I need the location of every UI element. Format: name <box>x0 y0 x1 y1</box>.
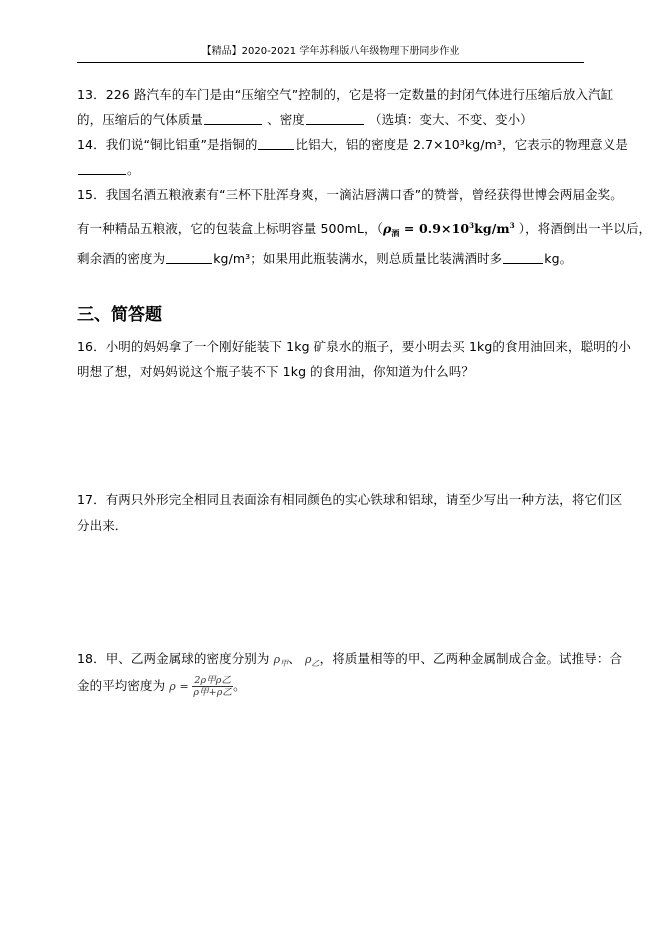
q14-line-2: 。 <box>77 160 140 178</box>
q13-blank-density[interactable] <box>306 112 364 125</box>
header-title: 【精品】2020-2021 学年苏科版八年级物理下册同步作业 <box>202 46 460 57</box>
fraction-numerator: 2ρ甲ρ乙 <box>192 675 233 687</box>
q17-line-2: 分出来． <box>77 516 127 534</box>
q14-line-1: 14．我们说“铜比铝重”是指铜的比铝大，铝的密度是 2.7×10³kg/m³，它… <box>77 135 628 153</box>
rho-alloy: ρ = <box>169 680 192 693</box>
q18-text-b: ，将质量相等的甲、乙两种金属制成合金。试推导：合 <box>320 651 622 666</box>
q18-text-c: 金的平均密度为 <box>77 678 169 693</box>
q13-text-b: 、密度 <box>263 112 305 127</box>
q15-blank-mass[interactable] <box>503 251 543 264</box>
q13-line-1: 13．226 路汽车的车门是由“压缩空气”控制的，它是将一定数量的封闭气体进行压… <box>77 85 613 103</box>
q15-text-d: kg/m³；如果用此瓶装满水，则总质量比装满酒时多 <box>213 251 502 266</box>
q16-line-2: 明想了想，对妈妈说这个瓶子装不下 1kg 的食用油，你知道为什么吗？ <box>77 362 474 380</box>
section-title: 三、简答题 <box>77 300 162 325</box>
q18-text-end: 。 <box>233 678 246 693</box>
q13-blank-mass[interactable] <box>204 112 262 125</box>
q15-line-1: 15．我国名酒五粮液素有“三杯下肚浑身爽，一滴沾唇满口香”的赞誉，曾经获得世博会… <box>77 185 623 203</box>
q18-line-1: 18．甲、乙两金属球的密度分别为 ρ甲、 ρ乙，将质量相等的甲、乙两种金属制成合… <box>77 649 622 669</box>
q15-line-2: 有一种精品五粮液，它的包装盒上标明容量 500mL，（ρ酒 = 0.9×103k… <box>77 219 651 239</box>
q16-line-1: 16．小明的妈妈拿了一个刚好能装下 1kg 矿泉水的瓶子，要小明去买 1kg的食… <box>77 337 631 355</box>
q14-blank-2[interactable] <box>78 162 126 175</box>
q15-text-b: ），将酒倒出一半以后， <box>515 221 651 236</box>
q14-text-a: 14．我们说“铜比铝重”是指铜的 <box>77 137 257 152</box>
q18-sep: 、 <box>288 651 305 666</box>
q18-line-2: 金的平均密度为 ρ = 2ρ甲ρ乙ρ甲+ρ乙。 <box>77 675 246 698</box>
q18-text-a: 18．甲、乙两金属球的密度分别为 <box>77 651 274 666</box>
page-header: 【精品】2020-2021 学年苏科版八年级物理下册同步作业 <box>77 44 584 63</box>
q15-blank-density[interactable] <box>166 251 212 264</box>
q14-blank-1[interactable] <box>258 137 294 150</box>
q13-text-a: 的，压缩后的气体质量 <box>77 112 203 127</box>
rho-yi: ρ乙 <box>305 653 320 666</box>
q13-line-2: 的，压缩后的气体质量 、密度 （选填：变大、不变、变小） <box>77 110 533 128</box>
rho-jia: ρ甲 <box>274 653 289 666</box>
alloy-density-fraction: 2ρ甲ρ乙ρ甲+ρ乙 <box>192 675 233 698</box>
q14-text-end: 。 <box>127 162 140 177</box>
q15-text-e: kg。 <box>544 251 572 266</box>
fraction-denominator: ρ甲+ρ乙 <box>192 687 233 698</box>
q13-text-c: （选填：变大、不变、变小） <box>365 112 533 127</box>
q17-line-1: 17．有两只外形完全相同且表面涂有相同颜色的实心铁球和铝球，请至少写出一种方法，… <box>77 490 622 508</box>
q15-text-a: 有一种精品五粮液，它的包装盒上标明容量 500mL，（ <box>77 221 383 236</box>
q14-text-b: 比铝大，铝的密度是 2.7×10³kg/m³，它表示的物理意义是 <box>295 137 628 152</box>
wine-density-formula: ρ酒 = 0.9×103kg/m3 <box>383 221 515 236</box>
q15-line-3: 剩余酒的密度为kg/m³；如果用此瓶装满水，则总质量比装满酒时多kg。 <box>77 249 572 267</box>
q15-text-c: 剩余酒的密度为 <box>77 251 165 266</box>
